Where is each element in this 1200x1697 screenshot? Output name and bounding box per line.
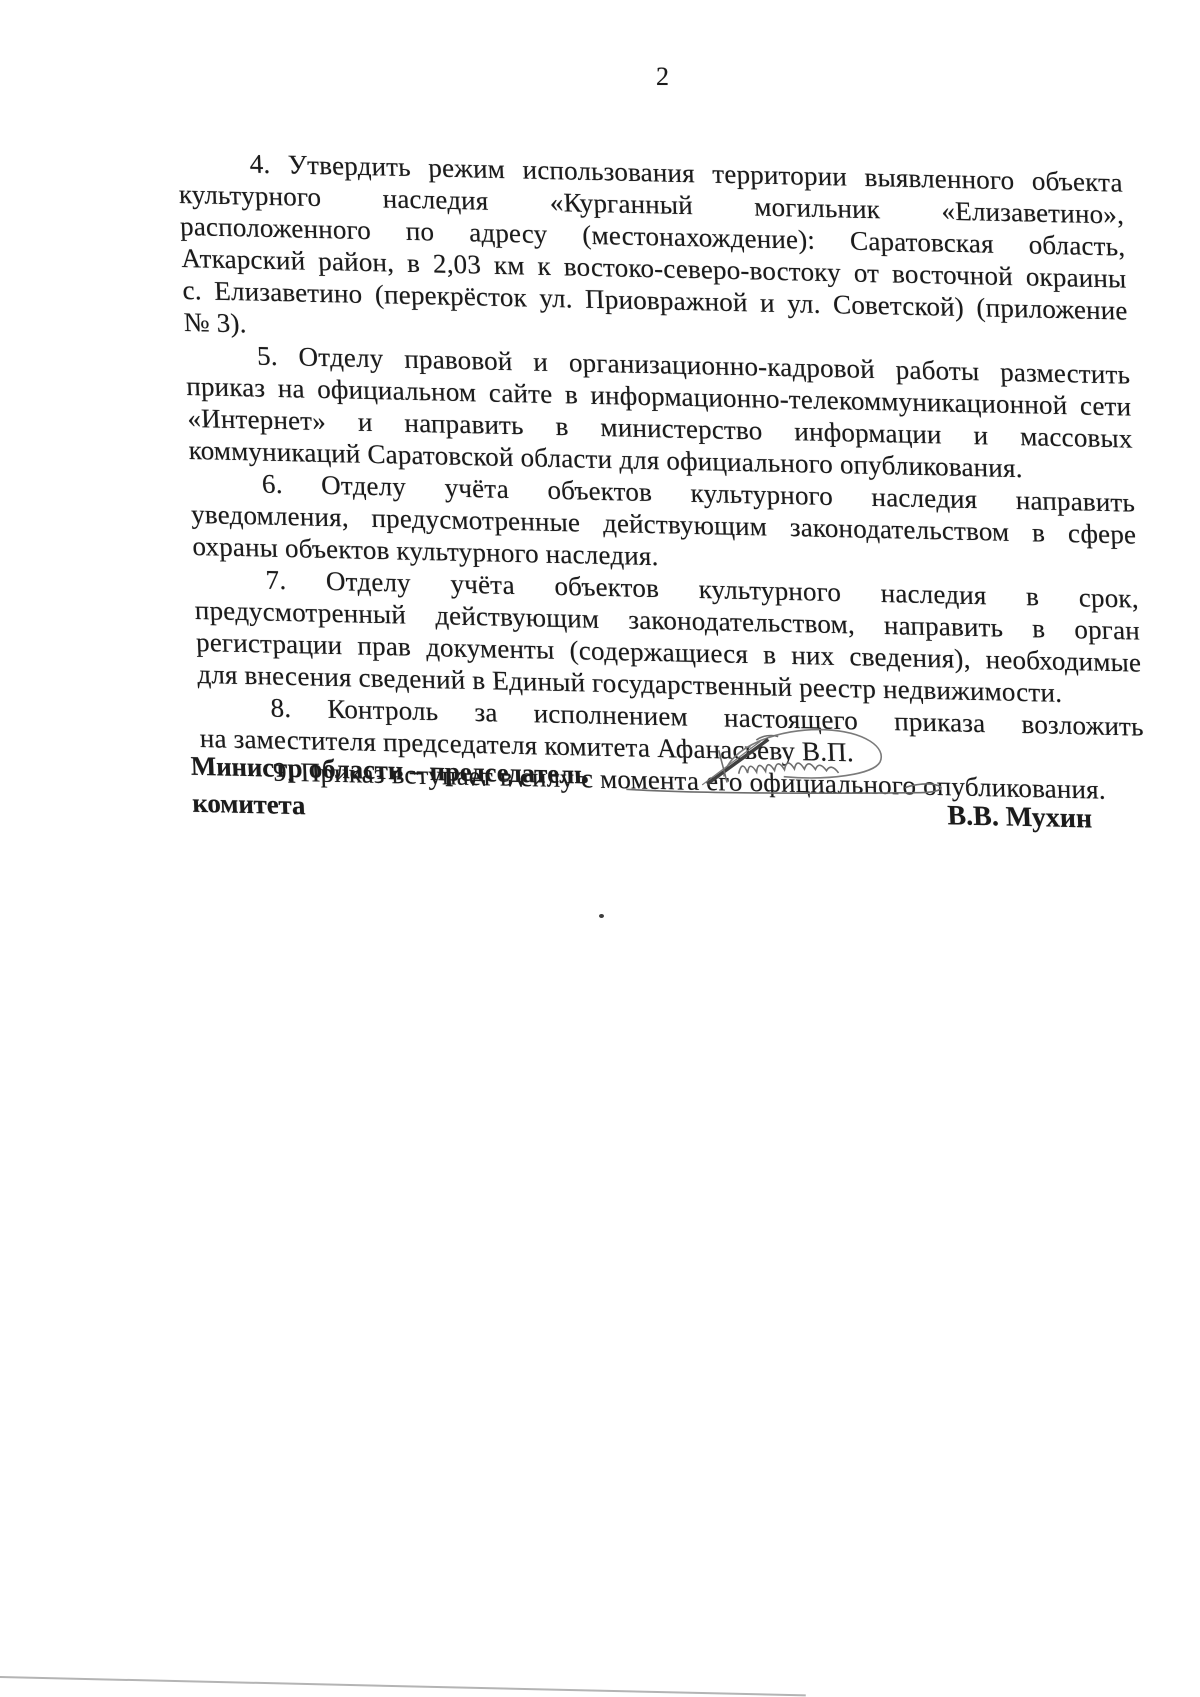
handwritten-signature-icon xyxy=(609,702,952,799)
scan-edge-artifact xyxy=(0,1676,806,1696)
page-number: 2 xyxy=(656,62,669,92)
signatory-name: В.В. Мухин xyxy=(942,800,1093,835)
document-body: 4. Утвердить режим использования террито… xyxy=(177,146,1157,1077)
ink-speck-artifact xyxy=(599,914,604,918)
document-page: 2 4. Утвердить режим использования терри… xyxy=(0,0,1200,1697)
signature-block-title: Министр области – председатель комитета xyxy=(190,748,590,831)
